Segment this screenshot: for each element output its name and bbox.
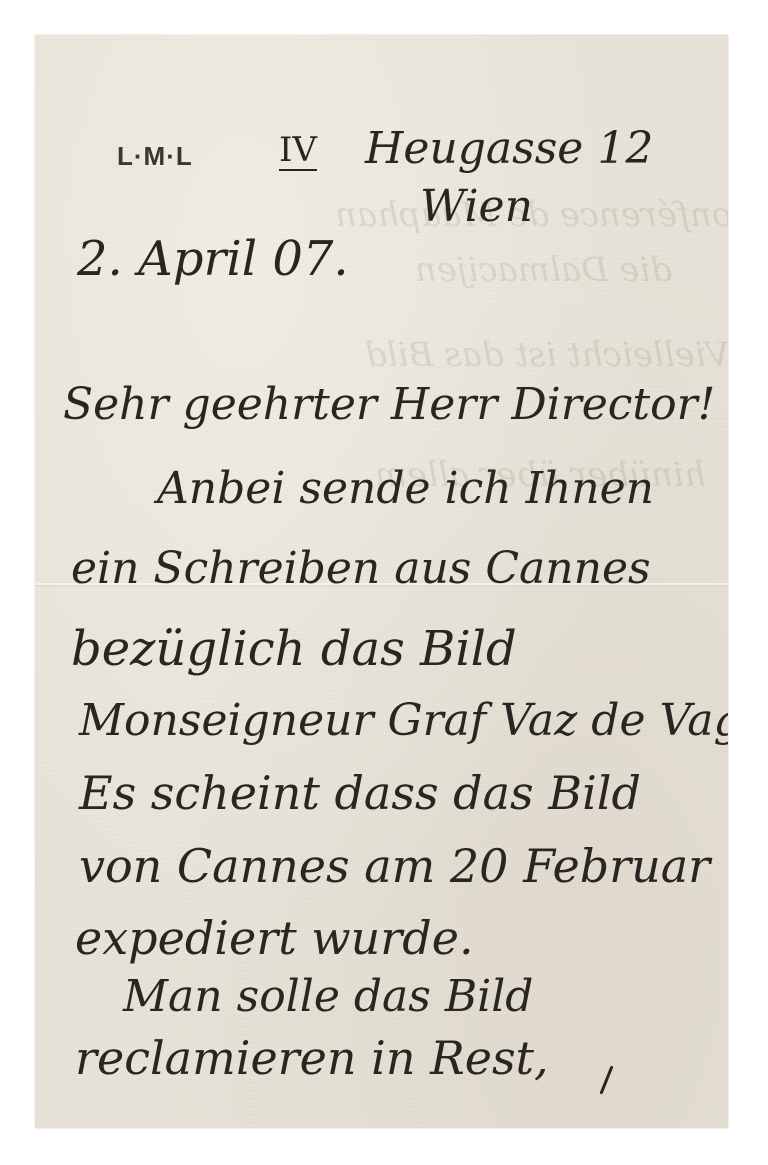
body-line: von Cannes am 20 Februar [79, 843, 710, 889]
body-line: bezüglich das Bild [71, 625, 517, 673]
letterhead-monogram: L·M·L [117, 141, 193, 172]
salutation: Sehr geehrter Herr Director! [63, 383, 715, 427]
body-line: Es scheint dass das Bild [79, 770, 641, 816]
address-city: Wien [420, 185, 533, 229]
bleed-through-line: Vielleicht ist das Bild [365, 335, 728, 375]
address-street: Heugasse 12 [365, 127, 653, 171]
body-line: Anbei sende ich Ihnen [157, 467, 654, 511]
letter-date: 2. April 07. [77, 235, 349, 283]
body-line: reclamieren in Rest, [75, 1035, 549, 1081]
letter-page: die Conférence de Maaphan die Dalmacijen… [35, 35, 728, 1128]
body-line: Monseigneur Graf Vaz de Vaga. [79, 699, 728, 743]
bleed-through-line: die Dalmacijen [415, 250, 672, 290]
body-line: ein Schreiben aus Cannes [71, 547, 651, 591]
body-line: expediert wurde. [75, 915, 474, 961]
address-district: IV [279, 133, 317, 167]
body-line: Man solle das Bild [123, 975, 533, 1019]
pen-stroke-mark [599, 1066, 613, 1095]
